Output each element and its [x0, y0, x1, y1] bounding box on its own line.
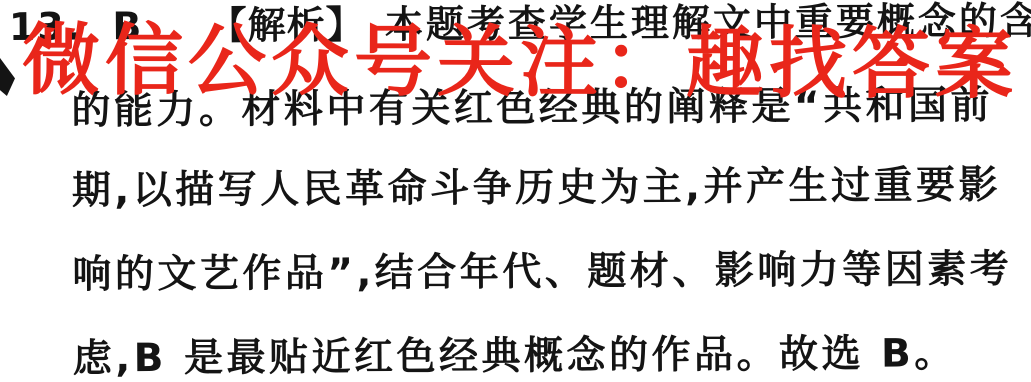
analysis-line-text: 期,以描写人民革命斗争历史为主,并产生过重要影	[72, 166, 1001, 211]
watermark-text: 微信公众号关注：趣找答案	[22, 22, 1018, 104]
analysis-line-text: 虑,B 是最贴近红色经典概念的作品。故选 B。	[73, 334, 957, 378]
scanned-document-page: 13. B 【解析】 本题考查学生理解文中重要概念的含义 的能力。材料中有关红色…	[0, 0, 1031, 382]
analysis-line-text: 响的文艺作品”,结合年代、题材、影响力等因素考	[72, 250, 1012, 295]
